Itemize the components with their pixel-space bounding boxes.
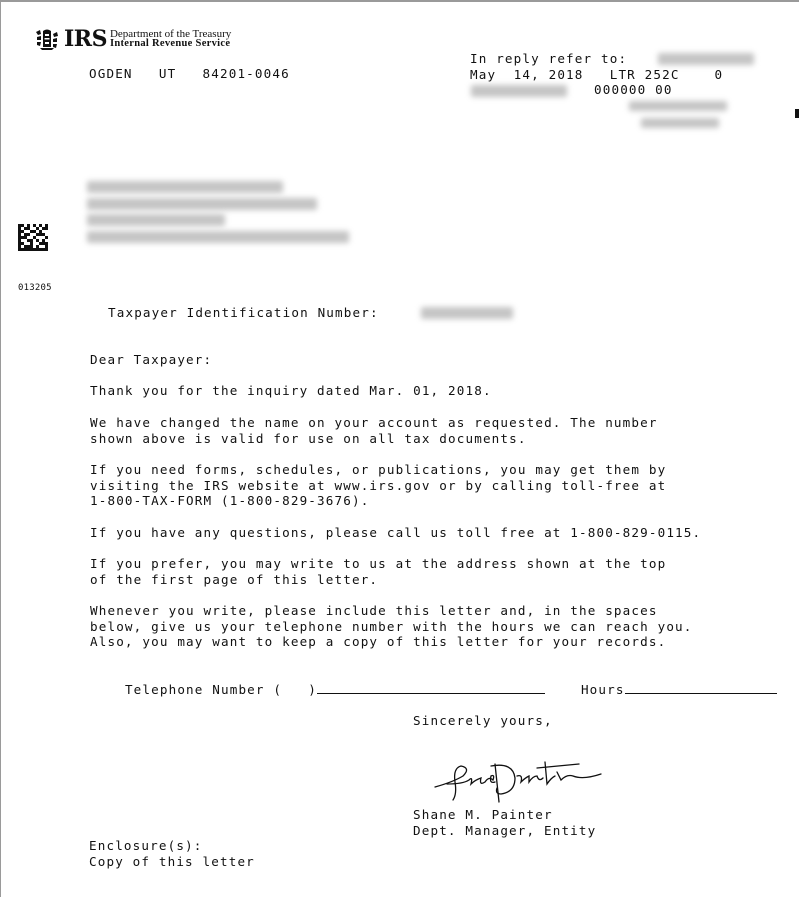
hours-field[interactable]: Hours: [546, 666, 777, 713]
edge-mark: [795, 109, 799, 118]
redacted-address-line-2: [87, 198, 317, 210]
redacted-address-line-4: [87, 231, 349, 243]
signer-name: Shane M. Painter: [413, 807, 553, 823]
redacted-id: [471, 85, 567, 97]
irs-wordmark: IRS: [64, 28, 107, 50]
enclosure-item: Copy of this letter: [89, 854, 255, 870]
telephone-field[interactable]: Telephone Number ( ): [90, 666, 545, 713]
enclosure-label: Enclosure(s):: [89, 838, 203, 854]
reference-code: 000000 00: [594, 82, 673, 98]
paragraph-3: If you need forms, schedules, or publica…: [90, 462, 666, 509]
letter-date-code: May 14, 2018 LTR 252C 0: [470, 67, 723, 83]
redacted-address-line-1: [87, 181, 283, 193]
telephone-blank[interactable]: [317, 683, 545, 694]
telephone-label: Telephone Number ( ): [125, 682, 317, 697]
paragraph-4: If you have any questions, please call u…: [90, 525, 701, 541]
tin-label: Taxpayer Identification Number:: [108, 305, 379, 321]
irs-logo: IRS Department of the Treasury Internal …: [34, 28, 231, 50]
sign-off: Sincerely yours,: [413, 713, 553, 729]
mail-code: 013205: [18, 283, 52, 293]
redacted-reference: [658, 53, 754, 65]
salutation: Dear Taxpayer:: [90, 352, 212, 368]
handwritten-signature-icon: [433, 754, 613, 809]
signer-title: Dept. Manager, Entity: [413, 823, 596, 839]
redacted-contact: [629, 101, 727, 111]
paragraph-5: If you prefer, you may write to us at th…: [90, 556, 666, 587]
paragraph-6: Whenever you write, please include this …: [90, 603, 693, 650]
service-name: Internal Revenue Service: [110, 39, 231, 49]
paragraph-1: Thank you for the inquiry dated Mar. 01,…: [90, 383, 492, 399]
agency-name: Department of the Treasury Internal Reve…: [110, 29, 231, 49]
paragraph-2: We have changed the name on your account…: [90, 415, 658, 446]
letter-page: IRS Department of the Treasury Internal …: [0, 0, 799, 897]
reply-refer-label: In reply refer to:: [470, 51, 627, 67]
redacted-contact-2: [641, 118, 719, 128]
hours-label: Hours: [581, 682, 625, 697]
redacted-address-line-3: [87, 214, 225, 226]
irs-eagle-icon: [34, 28, 60, 50]
datamatrix-barcode-icon: [18, 224, 48, 251]
hours-blank[interactable]: [625, 683, 777, 694]
redacted-tin: [421, 307, 513, 319]
return-address: OGDEN UT 84201-0046: [89, 66, 290, 82]
